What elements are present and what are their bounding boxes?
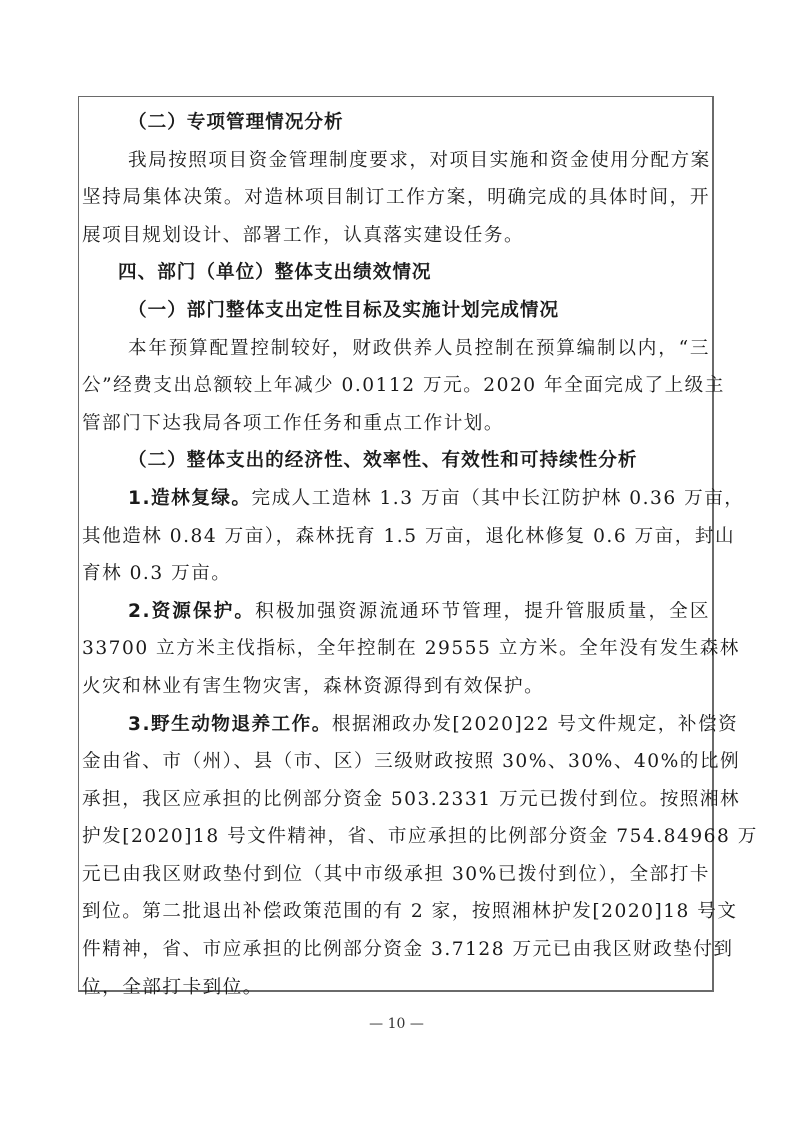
item-line: 元已由我区财政垫付到位（其中市级承担 30%已拨付到位），全部打卡 xyxy=(82,856,710,894)
item-line: 育林 0.3 万亩。 xyxy=(82,555,710,593)
item-line: 33700 立方米主伐指标，全年控制在 29555 立方米。全年没有发生森林 xyxy=(82,630,710,668)
document-body: （二）专项管理情况分析 我局按照项目资金管理制度要求，对项目实施和资金使用分配方… xyxy=(82,104,710,1006)
paragraph-line: 坚持局集体决策。对造林项目制订工作方案，明确完成的具体时间，开 xyxy=(82,179,710,217)
item-line: 3.野生动物退养工作。根据湘政办发[2020]22 号文件规定，补偿资 xyxy=(82,706,710,744)
item-text: 完成人工造林 1.3 万亩（其中长江防护林 0.36 万亩， xyxy=(251,488,744,509)
item-line: 件精神，省、市应承担的比例部分资金 3.7128 万元已由我区财政垫付到 xyxy=(82,931,710,969)
item-line: 护发[2020]18 号文件精神，省、市应承担的比例部分资金 754.84968… xyxy=(82,818,710,856)
item-title: 3.野生动物退养工作。 xyxy=(128,714,332,735)
item-text: 根据湘政办发[2020]22 号文件规定，补偿资 xyxy=(332,714,738,735)
paragraph-line: 本年预算配置控制较好，财政供养人员控制在预算编制以内，“三 xyxy=(82,330,710,368)
chapter-heading: 四、部门（单位）整体支出绩效情况 xyxy=(82,254,710,292)
section-heading: （一）部门整体支出定性目标及实施计划完成情况 xyxy=(82,292,710,330)
item-title: 1.造林复绿。 xyxy=(128,488,251,509)
paragraph-line: 我局按照项目资金管理制度要求，对项目实施和资金使用分配方案 xyxy=(82,142,710,180)
section-heading: （二）整体支出的经济性、效率性、有效性和可持续性分析 xyxy=(82,442,710,480)
item-line: 到位。第二批退出补偿政策范围的有 2 家，按照湘林护发[2020]18 号文 xyxy=(82,893,710,931)
paragraph-line: 公”经费支出总额较上年减少 0.0112 万元。2020 年全面完成了上级主 xyxy=(82,367,710,405)
item-line: 位，全部打卡到位。 xyxy=(82,969,710,1007)
item-line: 金由省、市（州）、县（市、区）三级财政按照 30%、30%、40%的比例 xyxy=(82,743,710,781)
section-heading: （二）专项管理情况分析 xyxy=(82,104,710,142)
item-line: 其他造林 0.84 万亩），森林抚育 1.5 万亩，退化林修复 0.6 万亩，封… xyxy=(82,518,710,556)
item-line: 2.资源保护。积极加强资源流通环节管理，提升管服质量，全区 xyxy=(82,593,710,631)
item-line: 承担，我区应承担的比例部分资金 503.2331 万元已拨付到位。按照湘林 xyxy=(82,781,710,819)
item-line: 1.造林复绿。完成人工造林 1.3 万亩（其中长江防护林 0.36 万亩， xyxy=(82,480,710,518)
paragraph-line: 管部门下达我局各项工作任务和重点工作计划。 xyxy=(82,405,710,443)
page-number: — 10 — xyxy=(0,1016,793,1032)
item-line: 火灾和林业有害生物灾害，森林资源得到有效保护。 xyxy=(82,668,710,706)
item-title: 2.资源保护。 xyxy=(128,601,255,622)
paragraph-line: 展项目规划设计、部署工作，认真落实建设任务。 xyxy=(82,217,710,255)
item-text: 积极加强资源流通环节管理，提升管服质量，全区 xyxy=(255,601,710,622)
